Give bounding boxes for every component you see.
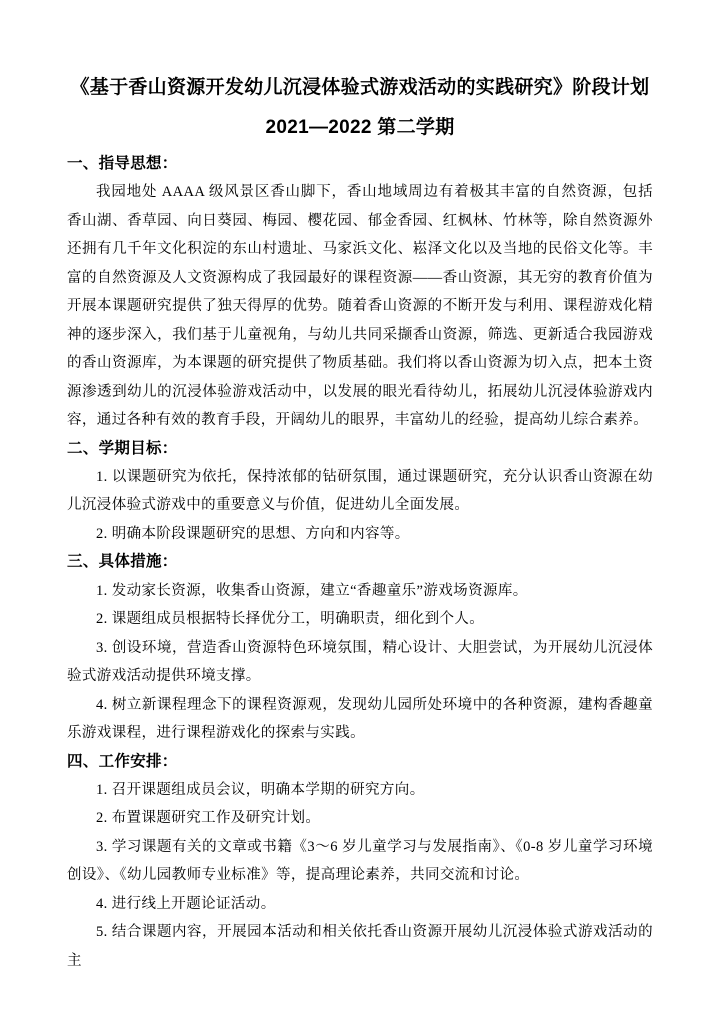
section-heading-guiding-ideology: 一、指导思想： [67,150,653,178]
paragraph: 3. 创设环境，营造香山资源特色环境氛围，精心设计、大胆尝试，为开展幼儿沉浸体验… [67,634,653,691]
paragraph: 4. 进行线上开题论证活动。 [67,890,653,918]
document-page: 《基于香山资源开发幼儿沉浸体验式游戏活动的实践研究》阶段计划 2021—2022… [0,0,720,1018]
paragraph: 5. 结合课题内容，开展园本活动和相关依托香山资源开展幼儿沉浸体验式游戏活动的主 [67,918,653,975]
paragraph: 3. 学习课题有关的文章或书籍《3～6 岁儿童学习与发展指南》、《0-8 岁儿童… [67,833,653,890]
page-subtitle: 2021—2022 第二学期 [67,108,653,148]
paragraph: 我园地处 AAAA 级风景区香山脚下，香山地域周边有着极其丰富的自然资源，包括香… [67,178,653,434]
document-body: 一、指导思想： 我园地处 AAAA 级风景区香山脚下，香山地域周边有着极其丰富的… [67,150,653,975]
paragraph: 1. 召开课题组成员会议，明确本学期的研究方向。 [67,776,653,804]
paragraph: 2. 布置课题研究工作及研究计划。 [67,804,653,832]
paragraph: 4. 树立新课程理念下的课程资源观，发现幼儿园所处环境中的各种资源，建构香趣童乐… [67,691,653,748]
section-heading-semester-goals: 二、学期目标： [67,435,653,463]
paragraph: 2. 明确本阶段课题研究的思想、方向和内容等。 [67,520,653,548]
section-heading-work-arrangement: 四、工作安排： [67,748,653,776]
section-heading-concrete-measures: 三、具体措施： [67,548,653,576]
paragraph: 2. 课题组成员根据特长择优分工，明确职责，细化到个人。 [67,605,653,633]
paragraph: 1. 以课题研究为依托，保持浓郁的钻研氛围，通过课题研究，充分认识香山资源在幼儿… [67,463,653,520]
paragraph: 1. 发动家长资源，收集香山资源，建立“香趣童乐”游戏场资源库。 [67,577,653,605]
page-title: 《基于香山资源开发幼儿沉浸体验式游戏活动的实践研究》阶段计划 [67,68,653,108]
